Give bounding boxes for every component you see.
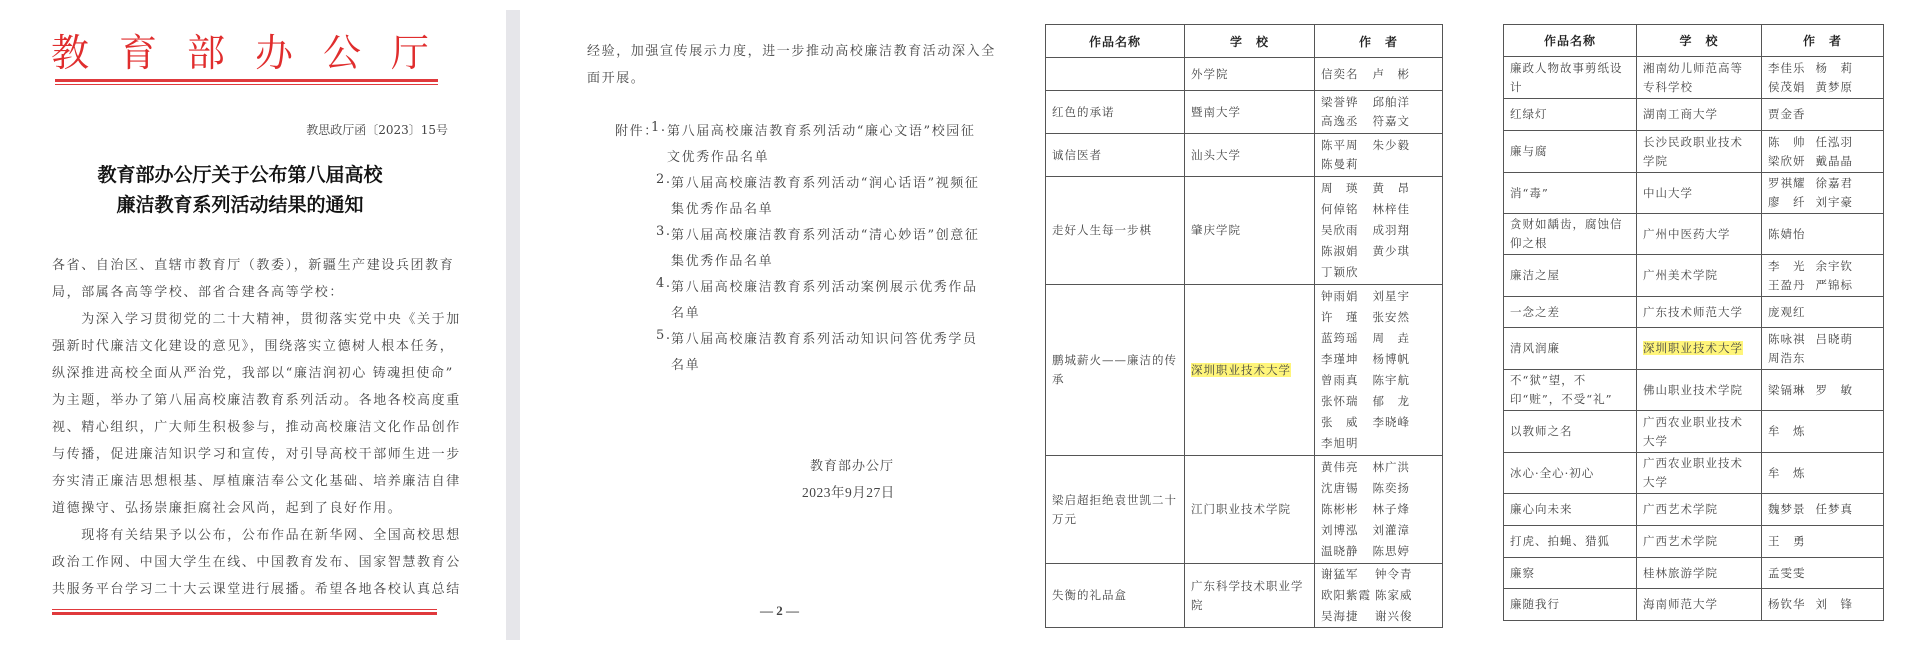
author-name: 罗 敏 xyxy=(1816,381,1854,400)
author-name: 钟令青 xyxy=(1375,564,1413,585)
cell-school: 广西艺术学院 xyxy=(1637,526,1762,558)
author-name: 李旭明 xyxy=(1321,433,1359,454)
attachment-item[interactable]: 第八届高校廉洁教育系列活动案例展示优秀作品 xyxy=(671,276,978,295)
author-name: 余宇钦 xyxy=(1816,257,1854,276)
page-2: 经验，加强宣传展示力度，进一步推动高校廉洁教育活动深入全 面开展。 附件： 1.… xyxy=(520,0,1020,651)
cell-work xyxy=(1046,58,1185,91)
author-name: 刘博泓 xyxy=(1321,520,1359,541)
cell-authors: 周 瑛 黄 昂 何倬铭 林梓佳 吴欣雨 成羽翔 陈淑娟 黄少琪 丁颖欣 xyxy=(1315,177,1443,285)
cell-school: 江门职业技术学院 xyxy=(1185,456,1315,564)
column-header-school: 学 校 xyxy=(1185,25,1315,58)
body-line: 政治工作网、中国大学生在线、中国教育发布、国家智慧教育公 xyxy=(52,551,461,570)
author-name: 孟雯雯 xyxy=(1768,564,1806,583)
author-name: 严锦标 xyxy=(1816,276,1854,295)
table-row: 诚信医者 汕头大学 陈平周 朱少毅 陈曼莉 xyxy=(1046,134,1443,177)
cell-authors: 李 光 余宇钦 王盈丹 严锦标 xyxy=(1762,255,1884,297)
column-header-authors: 作 者 xyxy=(1762,25,1884,57)
author-name: 许 瑾 xyxy=(1321,307,1359,328)
author-name: 蓝筠瑶 xyxy=(1321,328,1359,349)
author-name: 丁颖欣 xyxy=(1321,262,1359,283)
author-name: 徐嘉君 xyxy=(1816,174,1854,193)
author-name: 林广洪 xyxy=(1373,457,1411,478)
author-name: 吴海捷 xyxy=(1321,606,1371,627)
author-name: 侯茂娟 xyxy=(1768,78,1806,97)
cell-school: 深圳职业技术大学 xyxy=(1185,285,1315,456)
author-name: 信奕名 xyxy=(1321,65,1359,84)
cell-authors: 梁誉铧 邱舶洋 高逸丞 符嘉文 xyxy=(1315,91,1443,134)
page-number: — 2 — xyxy=(760,603,799,619)
author-name: 吴欣雨 xyxy=(1321,220,1359,241)
attachment-number: 2. xyxy=(656,172,672,187)
cell-school: 广东科学技术职业学院 xyxy=(1185,564,1315,628)
author-name: 李 光 xyxy=(1768,257,1806,276)
cell-work: 廉与腐 xyxy=(1504,131,1637,173)
author-name: 符嘉文 xyxy=(1373,112,1411,131)
table-row: 廉随我行 海南师范大学 杨钦华 刘 锋 xyxy=(1504,589,1884,621)
page-1: 教育部办公厅 教思政厅函〔2023〕15号 教育部办公厅关于公布第八届高校 廉洁… xyxy=(0,0,490,651)
author-name: 曾雨真 xyxy=(1321,370,1359,391)
cell-authors: 陈 帅 任泓羽 梁欣妍 戴晶晶 xyxy=(1762,131,1884,173)
author-name: 郁 龙 xyxy=(1373,391,1411,412)
author-name: 陈咏祺 xyxy=(1768,330,1806,349)
cell-work: 贪财如龋齿，腐蚀信仰之根 xyxy=(1504,214,1637,255)
author-name: 贾金香 xyxy=(1768,105,1806,124)
cell-authors: 钟雨娟 刘星宇 许 瑾 张安然 蓝筠瑶 周 垚 李瑾坤 杨博帆 曾雨真 陈宇航 … xyxy=(1315,285,1443,456)
author-name: 周 垚 xyxy=(1373,328,1411,349)
column-header-school: 学 校 xyxy=(1637,25,1762,57)
attachment-item[interactable]: 第八届高校廉洁教育系列活动知识问答优秀学员 xyxy=(671,328,978,347)
cell-work: 不“狱”望，不印“赃”，不受“礼” xyxy=(1504,370,1637,411)
attachment-number: 1. xyxy=(651,120,667,135)
author-name: 陈彬彬 xyxy=(1321,499,1359,520)
cell-authors: 黄伟亮 林广洪 沈唐锡 陈奕扬 陈彬彬 林子烽 刘博泓 刘灌漳 温晓静 陈思婷 xyxy=(1315,456,1443,564)
author-name: 李瑾坤 xyxy=(1321,349,1359,370)
author-name: 黄伟亮 xyxy=(1321,457,1359,478)
author-name: 林梓佳 xyxy=(1373,199,1411,220)
attachment-item-cont: 文优秀作品名单 xyxy=(667,146,769,165)
cell-work: 廉随我行 xyxy=(1504,589,1637,621)
author-name: 陈淑娟 xyxy=(1321,241,1359,262)
author-name: 陈 帅 xyxy=(1768,133,1806,152)
author-name: 沈唐锡 xyxy=(1321,478,1359,499)
cell-authors: 贾金香 xyxy=(1762,99,1884,131)
author-name: 张 威 xyxy=(1321,412,1359,433)
author-name: 刘宇豪 xyxy=(1816,193,1854,212)
body-line: 共服务平台学习二十大云课堂进行展播。希望各地各校认真总结 xyxy=(52,578,461,597)
table-row: 廉政人物故事剪纸设计 湘南幼儿师范高等专科学校 李佳乐 杨 莉 侯茂娟 黄梦原 xyxy=(1504,57,1884,99)
author-name: 陈平周 xyxy=(1321,136,1359,155)
author-name: 王 勇 xyxy=(1768,532,1806,551)
cell-authors: 杨钦华 刘 锋 xyxy=(1762,589,1884,621)
cell-authors: 信奕名 卢 彬 xyxy=(1315,58,1443,91)
cell-work: 失衡的礼品盒 xyxy=(1046,564,1185,628)
table-row: 外学院 信奕名 卢 彬 xyxy=(1046,58,1443,91)
letterhead: 教育部办公厅 xyxy=(0,22,480,77)
author-name: 梁欣妍 xyxy=(1768,152,1806,171)
awards-table-1: 作品名称 学 校 作 者 外学院 信奕名 卢 彬 红色的承诺 暨南大学 梁誉铧 … xyxy=(1045,24,1443,628)
cell-school: 深圳职业技术大学 xyxy=(1637,328,1762,370)
body-line: 强新时代廉洁文化建设的意见》，围绕落实立德树人根本任务， xyxy=(52,335,454,354)
table-row: 红色的承诺 暨南大学 梁誉铧 邱舶洋 高逸丞 符嘉文 xyxy=(1046,91,1443,134)
author-name: 邱舶洋 xyxy=(1373,93,1411,112)
body-line: 为主题，举办了第八届高校廉洁教育系列活动。各地各校高度重 xyxy=(52,389,461,408)
attachment-number: 5. xyxy=(656,328,672,343)
cell-school: 广东技术师范大学 xyxy=(1637,297,1762,328)
author-name: 刘星宇 xyxy=(1373,286,1411,307)
table-row: 贪财如龋齿，腐蚀信仰之根 广州中医药大学 陈婧怡 xyxy=(1504,214,1884,255)
table-row: 打虎、拍蝇、猎狐 广西艺术学院 王 勇 xyxy=(1504,526,1884,558)
cell-work: 冰心·全心·初心 xyxy=(1504,453,1637,494)
attachment-item-cont: 集优秀作品名单 xyxy=(671,198,773,217)
cell-work: 清风润廉 xyxy=(1504,328,1637,370)
attachment-number: 3. xyxy=(656,224,672,239)
author-name: 任梦真 xyxy=(1816,500,1854,519)
body-line: 现将有关结果予以公布，公布作品在新华网、全国高校思想 xyxy=(52,524,461,543)
cell-authors: 陈婧怡 xyxy=(1762,214,1884,255)
cell-school: 桂林旅游学院 xyxy=(1637,558,1762,589)
body-line: 局，部属各高等学校、部省合建各高等学校： xyxy=(52,281,344,300)
author-name: 李晓峰 xyxy=(1373,412,1411,433)
cell-school: 暨南大学 xyxy=(1185,91,1315,134)
body-line: 经验，加强宣传展示力度，进一步推动高校廉洁教育活动深入全 xyxy=(587,40,996,59)
cell-work: 以教师之名 xyxy=(1504,411,1637,453)
author-name: 吕晓萌 xyxy=(1816,330,1854,349)
body-line: 与传播，促进廉洁知识学习和宣传，对引导高校干部师生进一步 xyxy=(52,443,461,462)
cell-work: 消“毒” xyxy=(1504,173,1637,214)
awards-table-2: 作品名称 学 校 作 者 廉政人物故事剪纸设计 湘南幼儿师范高等专科学校 李佳乐… xyxy=(1503,24,1884,621)
author-name: 黄梦原 xyxy=(1816,78,1854,97)
column-header-work: 作品名称 xyxy=(1046,25,1185,58)
cell-school: 汕头大学 xyxy=(1185,134,1315,177)
cell-school: 广西农业职业技术大学 xyxy=(1637,453,1762,494)
body-line: 视、精心组织，广大师生积极参与，推动高校廉洁文化作品创作 xyxy=(52,416,461,435)
attachment-item[interactable]: 第八届高校廉洁教育系列活动“清心妙语”创意征 xyxy=(671,224,980,243)
attachment-number: 4. xyxy=(656,276,672,291)
attachment-item[interactable]: 第八届高校廉洁教育系列活动“润心话语”视频征 xyxy=(671,172,980,191)
table-row: 廉察 桂林旅游学院 孟雯雯 xyxy=(1504,558,1884,589)
cell-work: 走好人生每一步棋 xyxy=(1046,177,1185,285)
author-name: 成羽翔 xyxy=(1373,220,1411,241)
table-row: 梁启超拒绝袁世凯二十万元 江门职业技术学院 黄伟亮 林广洪 沈唐锡 陈奕扬 陈彬… xyxy=(1046,456,1443,564)
notice-title-line-1: 教育部办公厅关于公布第八届高校 xyxy=(0,160,480,187)
cell-authors: 陈平周 朱少毅 陈曼莉 xyxy=(1315,134,1443,177)
table-row: 一念之差 广东技术师范大学 庞观红 xyxy=(1504,297,1884,328)
author-name: 廖 纤 xyxy=(1768,193,1806,212)
body-line: 为深入学习贯彻党的二十大精神，贯彻落实党中央《关于加 xyxy=(52,308,461,327)
table-row: 红绿灯 湖南工商大学 贾金香 xyxy=(1504,99,1884,131)
table-header-row: 作品名称 学 校 作 者 xyxy=(1046,25,1443,58)
cell-authors: 牟 炼 xyxy=(1762,453,1884,494)
column-header-authors: 作 者 xyxy=(1315,25,1443,58)
cell-work: 廉察 xyxy=(1504,558,1637,589)
cell-school: 广西农业职业技术大学 xyxy=(1637,411,1762,453)
cell-work: 廉洁之屋 xyxy=(1504,255,1637,297)
highlighted-school: 深圳职业技术大学 xyxy=(1191,363,1291,377)
author-name: 黄 昂 xyxy=(1373,178,1411,199)
table-row: 廉心向未来 广西艺术学院 魏梦景 任梦真 xyxy=(1504,494,1884,526)
cell-work: 廉心向未来 xyxy=(1504,494,1637,526)
body-line: 道德操守、弘扬崇廉拒腐社会风尚，起到了良好作用。 xyxy=(52,497,402,516)
cell-work: 红绿灯 xyxy=(1504,99,1637,131)
author-name: 刘灌漳 xyxy=(1373,520,1411,541)
author-name: 张怀瑞 xyxy=(1321,391,1359,412)
attachment-item-cont: 名单 xyxy=(671,302,700,321)
cell-school: 佛山职业技术学院 xyxy=(1637,370,1762,411)
cell-authors: 庞观红 xyxy=(1762,297,1884,328)
page-separator xyxy=(506,10,520,640)
cell-work: 红色的承诺 xyxy=(1046,91,1185,134)
table-row: 以教师之名 广西农业职业技术大学 牟 炼 xyxy=(1504,411,1884,453)
letterhead-rule-thin xyxy=(55,84,438,85)
table-header-row: 作品名称 学 校 作 者 xyxy=(1504,25,1884,57)
column-header-work: 作品名称 xyxy=(1504,25,1637,57)
table-row: 不“狱”望，不印“赃”，不受“礼” 佛山职业技术学院 梁镉琳 罗 敏 xyxy=(1504,370,1884,411)
body-line: 纵深推进高校全面从严治党，我部以“廉洁润初心 铸魂担使命” xyxy=(52,362,454,381)
cell-work: 一念之差 xyxy=(1504,297,1637,328)
author-name: 陈曼莉 xyxy=(1321,155,1359,174)
cell-authors: 李佳乐 杨 莉 侯茂娟 黄梦原 xyxy=(1762,57,1884,99)
table-row: 廉洁之屋 广州美术学院 李 光 余宇钦 王盈丹 严锦标 xyxy=(1504,255,1884,297)
author-name: 林子烽 xyxy=(1373,499,1411,520)
author-name: 戴晶晶 xyxy=(1816,152,1854,171)
footer-rule-thin xyxy=(52,609,437,610)
body-line: 夯实清正廉洁思想根基、厚植廉洁奉公文化基础、培养廉洁自律 xyxy=(52,470,461,489)
body-line: 面开展。 xyxy=(587,67,645,86)
cell-authors: 陈咏祺 吕晓萌 周浩东 xyxy=(1762,328,1884,370)
table-row: 失衡的礼品盒 广东科学技术职业学院 谢猛军 钟令青 欧阳紫霞 陈家威 吴海捷 谢… xyxy=(1046,564,1443,628)
author-name: 卢 彬 xyxy=(1373,65,1411,84)
highlighted-school: 深圳职业技术大学 xyxy=(1643,341,1743,355)
cell-school: 湘南幼儿师范高等专科学校 xyxy=(1637,57,1762,99)
signature: 教育部办公厅 xyxy=(810,455,894,474)
author-name: 牟 炼 xyxy=(1768,422,1806,441)
cell-school: 长沙民政职业技术学院 xyxy=(1637,131,1762,173)
cell-school: 肇庆学院 xyxy=(1185,177,1315,285)
cell-authors: 魏梦景 任梦真 xyxy=(1762,494,1884,526)
signature-date: 2023年9月27日 xyxy=(802,481,895,501)
author-name: 黄少琪 xyxy=(1373,241,1411,262)
author-name: 刘 锋 xyxy=(1816,595,1854,614)
cell-work: 打虎、拍蝇、猎狐 xyxy=(1504,526,1637,558)
author-name: 王盈丹 xyxy=(1768,276,1806,295)
footer-rule xyxy=(52,612,437,615)
author-name: 谢猛军 xyxy=(1321,564,1371,585)
author-name: 钟雨娟 xyxy=(1321,286,1359,307)
author-name: 李佳乐 xyxy=(1768,59,1806,78)
author-name: 庞观红 xyxy=(1768,303,1806,322)
author-name: 高逸丞 xyxy=(1321,112,1359,131)
author-name: 杨 莉 xyxy=(1816,59,1854,78)
cell-school: 海南师范大学 xyxy=(1637,589,1762,621)
author-name: 任泓羽 xyxy=(1816,133,1854,152)
author-name: 欧阳紫霞 xyxy=(1321,585,1371,606)
letterhead-rule xyxy=(55,79,438,82)
cell-authors: 罗祺耀 徐嘉君 廖 纤 刘宇豪 xyxy=(1762,173,1884,214)
author-name: 温晓静 xyxy=(1321,541,1359,562)
cell-school: 中山大学 xyxy=(1637,173,1762,214)
cell-authors: 梁镉琳 罗 敏 xyxy=(1762,370,1884,411)
author-name: 朱少毅 xyxy=(1373,136,1411,155)
cell-work: 鹏城薪火——廉洁的传承 xyxy=(1046,285,1185,456)
cell-work: 梁启超拒绝袁世凯二十万元 xyxy=(1046,456,1185,564)
author-name: 陈奕扬 xyxy=(1373,478,1411,499)
author-name: 谢兴俊 xyxy=(1375,606,1413,627)
table-row: 走好人生每一步棋 肇庆学院 周 瑛 黄 昂 何倬铭 林梓佳 吴欣雨 成羽翔 陈淑… xyxy=(1046,177,1443,285)
table-row: 鹏城薪火——廉洁的传承 深圳职业技术大学 钟雨娟 刘星宇 许 瑾 张安然 蓝筠瑶… xyxy=(1046,285,1443,456)
cell-school: 外学院 xyxy=(1185,58,1315,91)
author-name: 何倬铭 xyxy=(1321,199,1359,220)
table-row: 清风润廉 深圳职业技术大学 陈咏祺 吕晓萌 周浩东 xyxy=(1504,328,1884,370)
author-name: 杨钦华 xyxy=(1768,595,1806,614)
author-name: 梁誉铧 xyxy=(1321,93,1359,112)
attachment-item-cont: 集优秀作品名单 xyxy=(671,250,773,269)
cell-work: 诚信医者 xyxy=(1046,134,1185,177)
document-number: 教思政厅函〔2023〕15号 xyxy=(306,121,448,138)
cell-school: 广州中医药大学 xyxy=(1637,214,1762,255)
table-row: 消“毒” 中山大学 罗祺耀 徐嘉君 廖 纤 刘宇豪 xyxy=(1504,173,1884,214)
table-row: 冰心·全心·初心 广西农业职业技术大学 牟 炼 xyxy=(1504,453,1884,494)
cell-authors: 谢猛军 钟令青 欧阳紫霞 陈家威 吴海捷 谢兴俊 xyxy=(1315,564,1443,628)
author-name: 杨博帆 xyxy=(1373,349,1411,370)
author-name: 陈婧怡 xyxy=(1768,225,1806,244)
author-name: 梁镉琳 xyxy=(1768,381,1806,400)
cell-school: 广州美术学院 xyxy=(1637,255,1762,297)
author-name: 牟 炼 xyxy=(1768,464,1806,483)
author-name: 陈宇航 xyxy=(1373,370,1411,391)
author-name: 魏梦景 xyxy=(1768,500,1806,519)
author-name: 陈思婷 xyxy=(1373,541,1411,562)
table-row: 廉与腐 长沙民政职业技术学院 陈 帅 任泓羽 梁欣妍 戴晶晶 xyxy=(1504,131,1884,173)
cell-authors: 牟 炼 xyxy=(1762,411,1884,453)
cell-school: 广西艺术学院 xyxy=(1637,494,1762,526)
author-name: 周 瑛 xyxy=(1321,178,1359,199)
attachment-item-cont: 名单 xyxy=(671,354,700,373)
author-name: 张安然 xyxy=(1373,307,1411,328)
author-name: 陈家威 xyxy=(1375,585,1413,606)
attachment-item[interactable]: 第八届高校廉洁教育系列活动“廉心文语”校园征 xyxy=(667,120,976,139)
cell-work: 廉政人物故事剪纸设计 xyxy=(1504,57,1637,99)
cell-authors: 孟雯雯 xyxy=(1762,558,1884,589)
author-name: 罗祺耀 xyxy=(1768,174,1806,193)
author-name: 周浩东 xyxy=(1768,349,1806,368)
notice-title-line-2: 廉洁教育系列活动结果的通知 xyxy=(0,190,480,217)
cell-authors: 王 勇 xyxy=(1762,526,1884,558)
body-line: 各省、自治区、直辖市教育厅（教委），新疆生产建设兵团教育 xyxy=(52,254,454,273)
cell-school: 湖南工商大学 xyxy=(1637,99,1762,131)
